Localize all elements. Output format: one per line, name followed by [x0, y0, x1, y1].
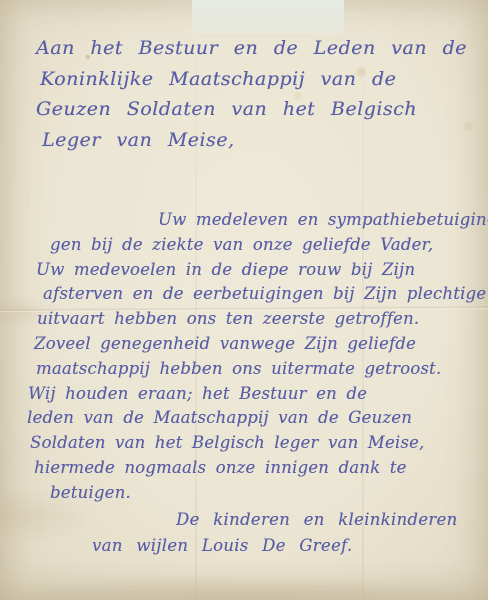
signature-block: De kinderen en kleinkinderen van wijlen …	[30, 507, 457, 558]
handwritten-line: van wijlen Louis De Greef.	[92, 533, 457, 559]
scan-artifact-patch	[192, 0, 344, 34]
handwritten-line: Soldaten van het Belgisch leger van Meis…	[30, 431, 488, 456]
handwritten-line: betuigen.	[50, 481, 488, 506]
handwritten-line: Geuzen Soldaten van het Belgisch	[36, 94, 467, 125]
handwritten-line: hiermede nogmaals onze innigen dank te	[34, 456, 488, 481]
handwritten-line: Aan het Bestuur en de Leden van de	[36, 33, 467, 64]
handwritten-line: Zoveel genegenheid vanwege Zijn geliefde	[34, 332, 488, 357]
handwritten-line: Uw medevoelen in de diepe rouw bij Zijn	[36, 258, 488, 283]
handwritten-line: maatschappij hebben ons uitermate getroo…	[36, 357, 488, 382]
handwritten-line: Leger van Meise,	[42, 125, 467, 156]
handwritten-line: Uw medeleven en sympathiebetuigin-	[158, 208, 488, 233]
handwritten-line: De kinderen en kleinkinderen	[176, 507, 457, 533]
handwritten-line: uitvaart hebben ons ten zeerste getroffe…	[37, 307, 488, 332]
handwritten-line: leden van de Maatschappij van de Geuzen	[27, 406, 488, 431]
letter-paper: Aan het Bestuur en de Leden van de Konin…	[0, 0, 488, 600]
handwritten-line: afsterven en de eerbetuigingen bij Zijn …	[43, 282, 488, 307]
salutation-block: Aan het Bestuur en de Leden van de Konin…	[36, 33, 467, 155]
handwritten-line: Koninklijke Maatschappij van de	[40, 64, 467, 95]
body-block: Uw medeleven en sympathiebetuigin- gen b…	[30, 208, 488, 506]
handwritten-line: Wij houden eraan; het Bestuur en de	[28, 382, 488, 407]
handwritten-line: gen bij de ziekte van onze geliefde Vade…	[50, 233, 488, 258]
